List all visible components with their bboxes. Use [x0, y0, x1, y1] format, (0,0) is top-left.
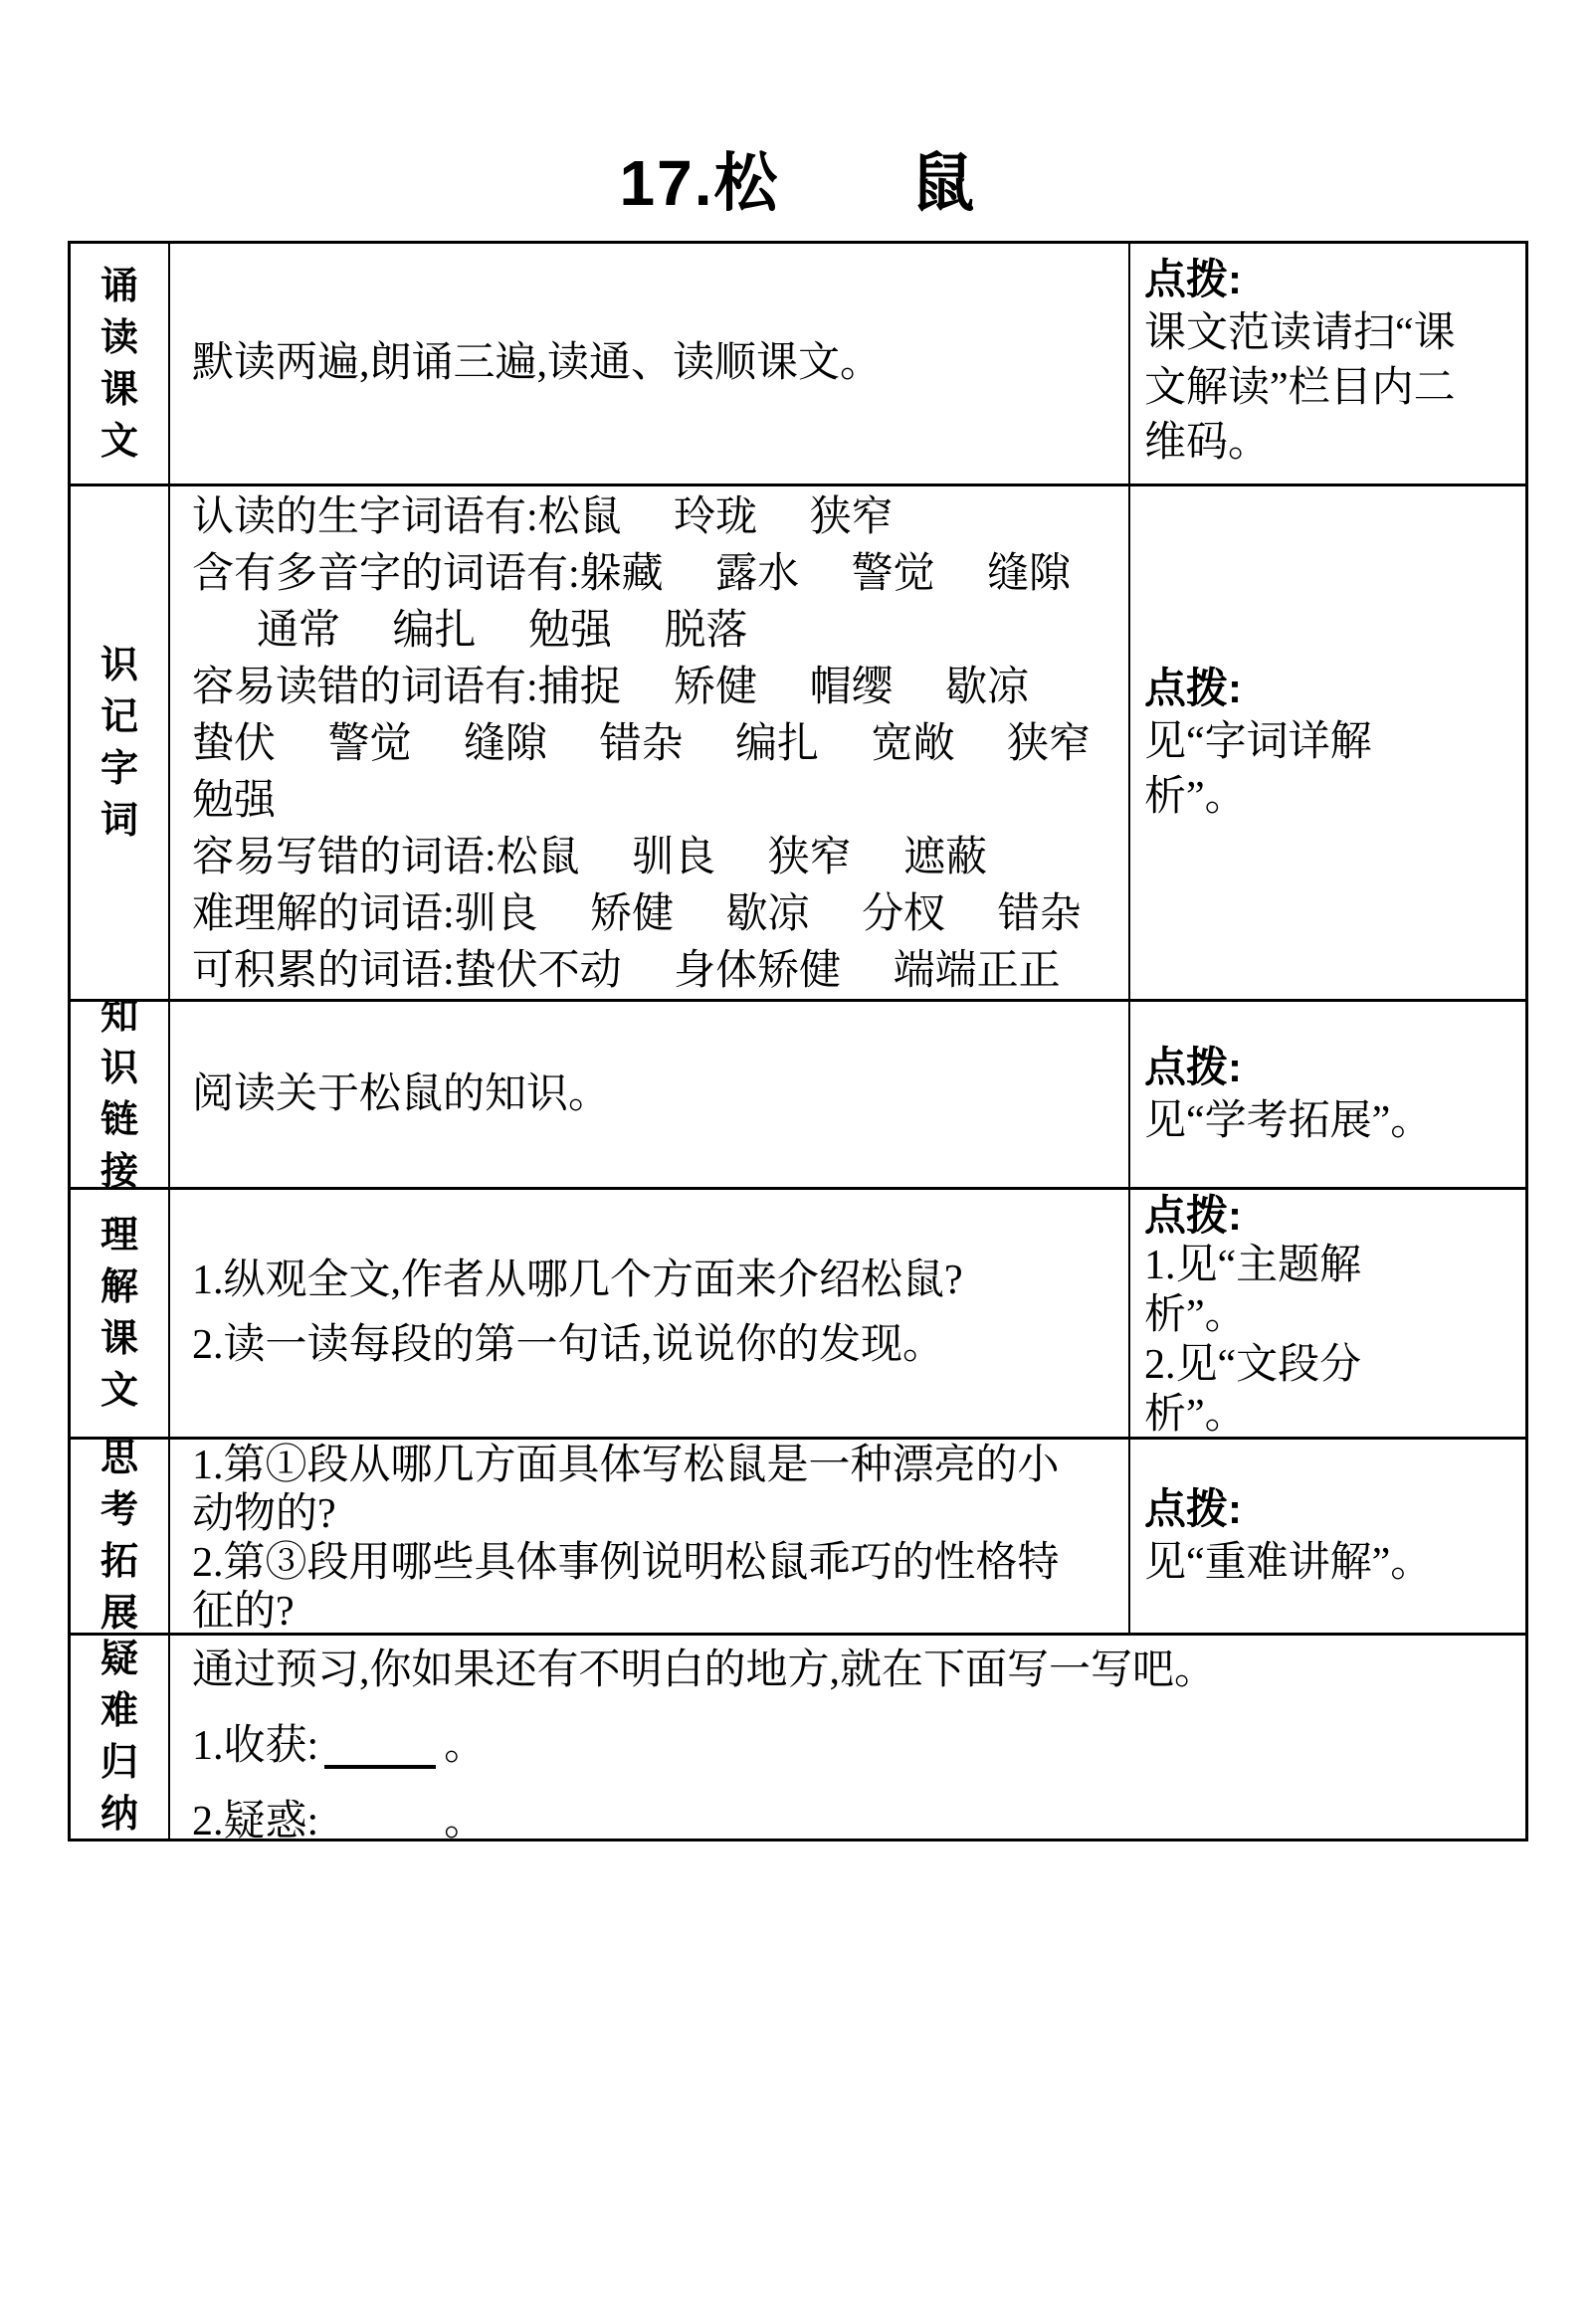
content-line: 动物的? [192, 1490, 1118, 1539]
section-label-cell: 疑难归纳 [71, 1636, 170, 1839]
content-line: 默读两遍,朗诵三遍,读通、读顺课文。 [192, 336, 1118, 391]
content-line: 2.读一读每段的第一句话,说说你的发现。 [192, 1313, 1118, 1378]
section-label-cell: 理解课文 [71, 1190, 170, 1437]
content-line: 通过预习,你如果还有不明白的地方,就在下面写一写吧。 [192, 1644, 1515, 1698]
page-title: 17.松 鼠 [68, 147, 1528, 219]
content-line: 1.纵观全文,作者从哪几个方面来介绍松鼠? [192, 1249, 1118, 1313]
tip-line: 课文范读请扫“课 [1144, 306, 1517, 361]
tip-line: 见“字词详解 [1144, 715, 1517, 770]
tip-cell: 点拨: 见“字词详解 析”。 [1130, 486, 1525, 999]
content-line: 容易读错的词语有:捕捉 矫健 帽缨 歇凉 [192, 660, 1118, 716]
content-line: 蛰伏 警觉 缝隙 错杂 编扎 宽敞 狭窄 [192, 716, 1118, 773]
section-label-cell: 知识链接 [71, 1002, 170, 1187]
section-label-cell: 诵读课文 [71, 244, 170, 484]
tip-heading: 点拨: [1144, 252, 1517, 306]
content-cell: 认读的生字词语有:松鼠 玲珑 狭窄 含有多音字的词语有:躲藏 露水 警觉 缝隙 … [170, 486, 1130, 999]
tip-line: 析”。 [1144, 1390, 1517, 1437]
tip-line: 见“重难讲解”。 [1144, 1536, 1517, 1591]
tip-heading: 点拨: [1144, 661, 1517, 715]
content-cell: 阅读关于松鼠的知识。 [170, 1002, 1130, 1187]
content-line: 征的? [192, 1588, 1118, 1633]
content-line: 容易写错的词语:松鼠 驯良 狭窄 遮蔽 [192, 830, 1118, 886]
section-label: 识记字词 [97, 640, 142, 847]
blank-line [324, 1811, 436, 1839]
content-line: 勉强 [192, 773, 1118, 830]
content-line: 1.第①段从哪几方面具体写松鼠是一种漂亮的小 [192, 1442, 1118, 1490]
content-cell: 通过预习,你如果还有不明白的地方,就在下面写一写吧。 1.收获:。 2.疑惑:。 [170, 1636, 1525, 1839]
blank-item-gain: 1.收获:。 [192, 1719, 1515, 1774]
section-label: 疑难归纳 [97, 1634, 142, 1839]
blank-line [324, 1735, 436, 1769]
tip-line: 析”。 [1144, 1290, 1517, 1340]
tip-cell: 点拨: 见“重难讲解”。 [1130, 1440, 1525, 1633]
content-line: 阅读关于松鼠的知识。 [192, 1067, 1118, 1122]
content-line: 2.第③段用哪些具体事例说明松鼠乖巧的性格特 [192, 1539, 1118, 1588]
tip-cell: 点拨: 课文范读请扫“课 文解读”栏目内二 维码。 [1130, 244, 1525, 484]
content-cell: 默读两遍,朗诵三遍,读通、读顺课文。 [170, 244, 1130, 484]
row-understand-text: 理解课文 1.纵观全文,作者从哪几个方面来介绍松鼠? 2.读一读每段的第一句话,… [71, 1187, 1525, 1437]
content-line: 难理解的词语:驯良 矫健 歇凉 分杈 错杂 [192, 886, 1118, 943]
tip-line: 析”。 [1144, 770, 1517, 825]
content-line: 含有多音字的词语有:躲藏 露水 警觉 缝隙 [192, 546, 1118, 603]
preview-table: 诵读课文 默读两遍,朗诵三遍,读通、读顺课文。 点拨: 课文范读请扫“课 文解读… [68, 241, 1528, 1841]
blank-suffix: 。 [444, 1723, 486, 1769]
section-label: 理解课文 [97, 1210, 142, 1417]
row-knowledge-link: 知识链接 阅读关于松鼠的知识。 点拨: 见“学考拓展”。 [71, 999, 1525, 1187]
tip-heading: 点拨: [1144, 1481, 1517, 1536]
tip-line: 文解读”栏目内二 [1144, 361, 1517, 416]
blank-prefix: 1.收获: [192, 1723, 318, 1769]
content-line: 通常 编扎 勉强 脱落 [192, 603, 1118, 660]
tip-line: 见“学考拓展”。 [1144, 1094, 1517, 1149]
tip-line: 维码。 [1144, 416, 1517, 471]
content-cell: 1.纵观全文,作者从哪几个方面来介绍松鼠? 2.读一读每段的第一句话,说说你的发… [170, 1190, 1130, 1437]
tip-line: 1.见“主题解 [1144, 1241, 1517, 1290]
tip-cell: 点拨: 见“学考拓展”。 [1130, 1002, 1525, 1187]
row-difficult-summary: 疑难归纳 通过预习,你如果还有不明白的地方,就在下面写一写吧。 1.收获:。 2… [71, 1633, 1525, 1839]
section-label: 思考拓展 [97, 1437, 142, 1633]
blank-prefix: 2.疑惑: [192, 1799, 318, 1839]
tip-heading: 点拨: [1144, 1040, 1517, 1094]
section-label-cell: 识记字词 [71, 486, 170, 999]
row-reading-text: 诵读课文 默读两遍,朗诵三遍,读通、读顺课文。 点拨: 课文范读请扫“课 文解读… [71, 244, 1525, 484]
content-cell: 1.第①段从哪几方面具体写松鼠是一种漂亮的小 动物的? 2.第③段用哪些具体事例… [170, 1440, 1130, 1633]
content-line: 认读的生字词语有:松鼠 玲珑 狭窄 [192, 489, 1118, 546]
section-label: 知识链接 [97, 999, 142, 1187]
section-label: 诵读课文 [97, 261, 142, 468]
tip-cell: 点拨: 1.见“主题解 析”。 2.见“文段分 析”。 [1130, 1190, 1525, 1437]
tip-heading: 点拨: [1144, 1191, 1517, 1241]
row-thinking-expansion: 思考拓展 1.第①段从哪几方面具体写松鼠是一种漂亮的小 动物的? 2.第③段用哪… [71, 1437, 1525, 1633]
tip-line: 2.见“文段分 [1144, 1340, 1517, 1390]
blank-item-doubt: 2.疑惑:。 [192, 1795, 1515, 1839]
worksheet-page: 17.松 鼠 诵读课文 默读两遍,朗诵三遍,读通、读顺课文。 点拨: 课文范读请… [0, 0, 1596, 2324]
section-label-cell: 思考拓展 [71, 1440, 170, 1633]
blank-suffix: 。 [444, 1799, 486, 1839]
row-memorize-words: 识记字词 认读的生字词语有:松鼠 玲珑 狭窄 含有多音字的词语有:躲藏 露水 警… [71, 484, 1525, 999]
content-line: 可积累的词语:蛰伏不动 身体矫健 端端正正 [192, 943, 1118, 999]
